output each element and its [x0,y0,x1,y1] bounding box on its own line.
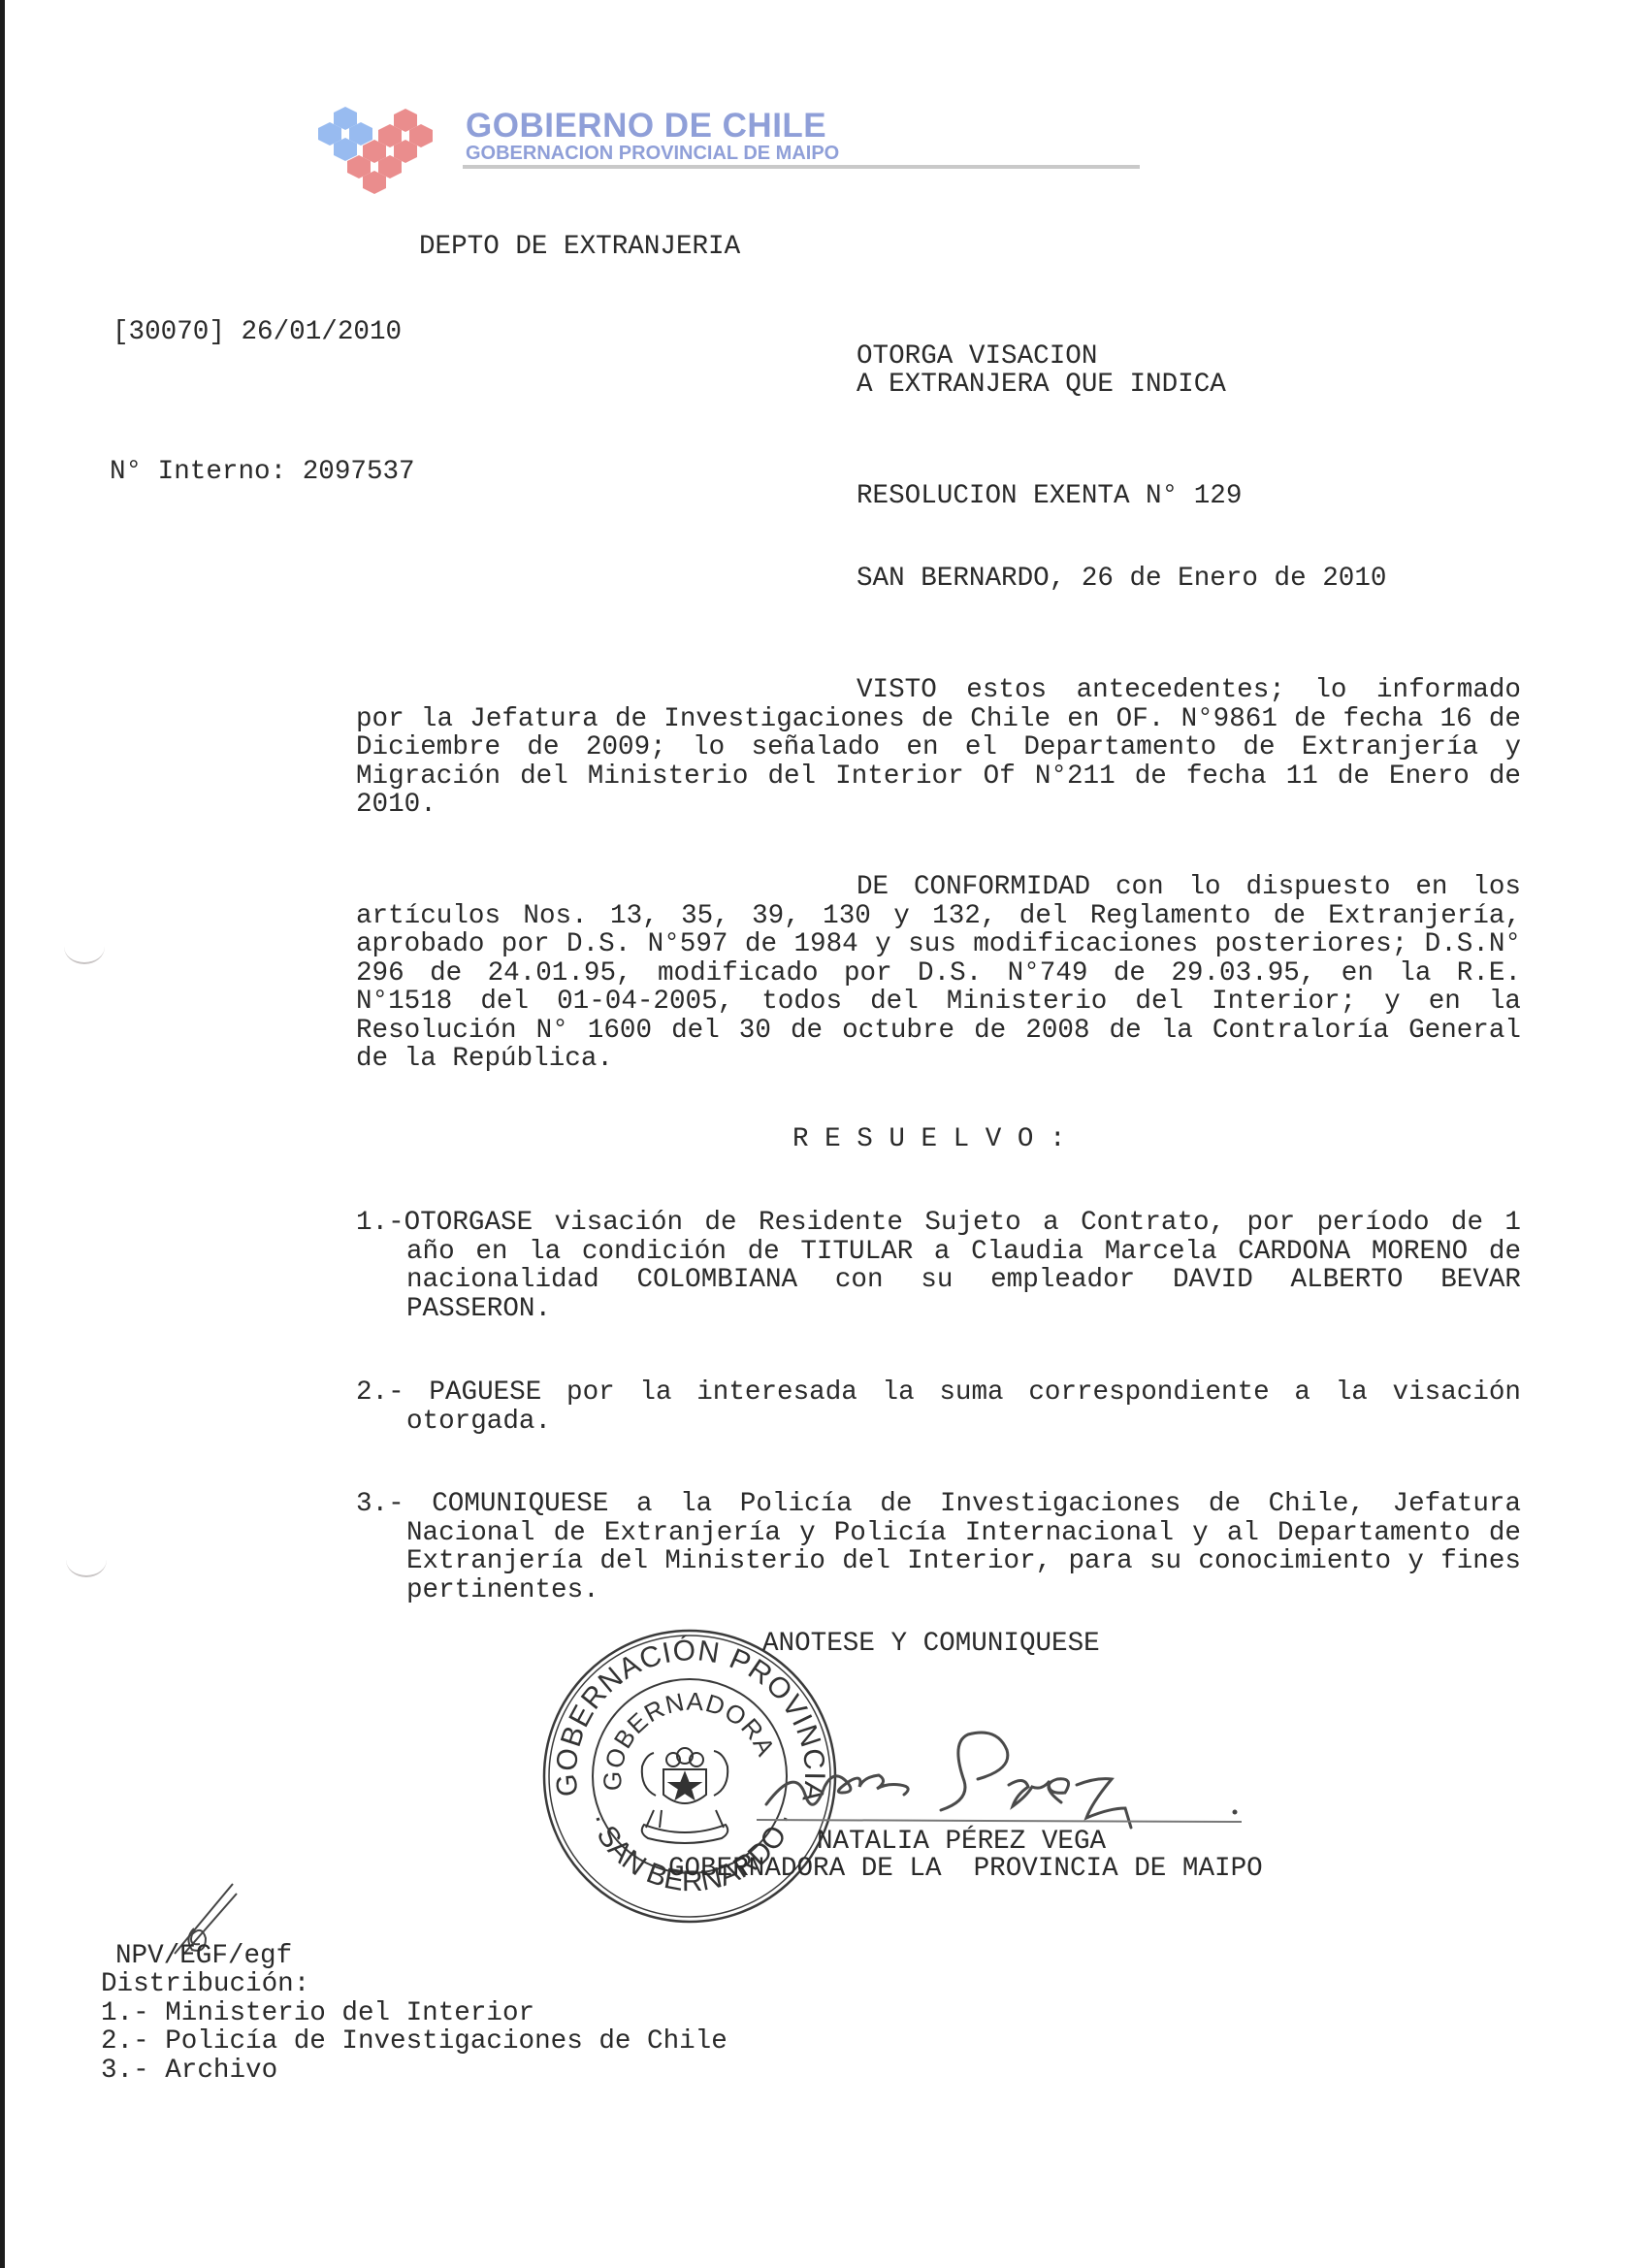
punch-hole-mark [64,929,105,964]
subject-line-2: A EXTRANJERA QUE INDICA [857,371,1226,400]
visto-paragraph: VISTO estos antecedentes; lo informado p… [356,676,1521,820]
distribution-item: 1.- Ministerio del Interior [101,1999,534,2028]
conformidad-text: artículos Nos. 13, 35, 39, 130 y 132, de… [356,902,1521,1074]
internal-number: N° Interno: 2097537 [110,458,415,487]
closing-text: ANOTESE Y COMUNIQUESE [762,1630,1100,1659]
letterhead-title: GOBIERNO DE CHILE [466,107,826,146]
letterhead-subtitle: GOBERNACION PROVINCIAL DE MAIPO [466,143,839,165]
letterhead-rule [463,165,1140,169]
distribution-item: 2.- Policía de Investigaciones de Chile [101,2027,727,2057]
signatory-title: GOBERNADORA DE LA PROVINCIA DE MAIPO [668,1855,1263,1884]
subject-line-1: OTORGA VISACION [857,342,1097,372]
conformidad-paragraph: DE CONFORMIDAD con lo dispuesto en los a… [356,873,1521,1074]
distribution-item: 3.- Archivo [101,2057,277,2086]
gobierno-de-chile-logo-icon [316,105,442,202]
resolution-item-2: 2.- PAGUESE por la interesada la suma co… [356,1378,1521,1436]
distribution-label: Distribución: [101,1970,309,1999]
resolution-item-1: 1.-OTORGASE visación de Residente Sujeto… [356,1209,1521,1323]
punch-hole-mark [66,1542,107,1577]
signatory-name: NATALIA PÉREZ VEGA [817,1828,1106,1857]
department-label: DEPTO DE EXTRANJERIA [419,233,740,262]
reference-date: [30070] 26/01/2010 [113,318,402,347]
conformidad-lead: DE CONFORMIDAD con lo dispuesto en los [356,873,1521,902]
resolution-item-3: 3.- COMUNIQUESE a la Policía de Investig… [356,1490,1521,1604]
chile-coat-of-arms-icon [642,1748,728,1843]
visto-lead: VISTO estos antecedentes; lo informado [356,676,1521,705]
resuelvo-heading: R E S U E L V O : [792,1125,1066,1154]
scan-page-edge [0,0,5,2268]
footer-initials: NPV/EGF/egf [115,1942,292,1971]
visto-text: por la Jefatura de Investigaciones de Ch… [356,705,1521,820]
resolution-number: RESOLUCION EXENTA N° 129 [857,482,1242,511]
place-date: SAN BERNARDO, 26 de Enero de 2010 [857,565,1386,594]
